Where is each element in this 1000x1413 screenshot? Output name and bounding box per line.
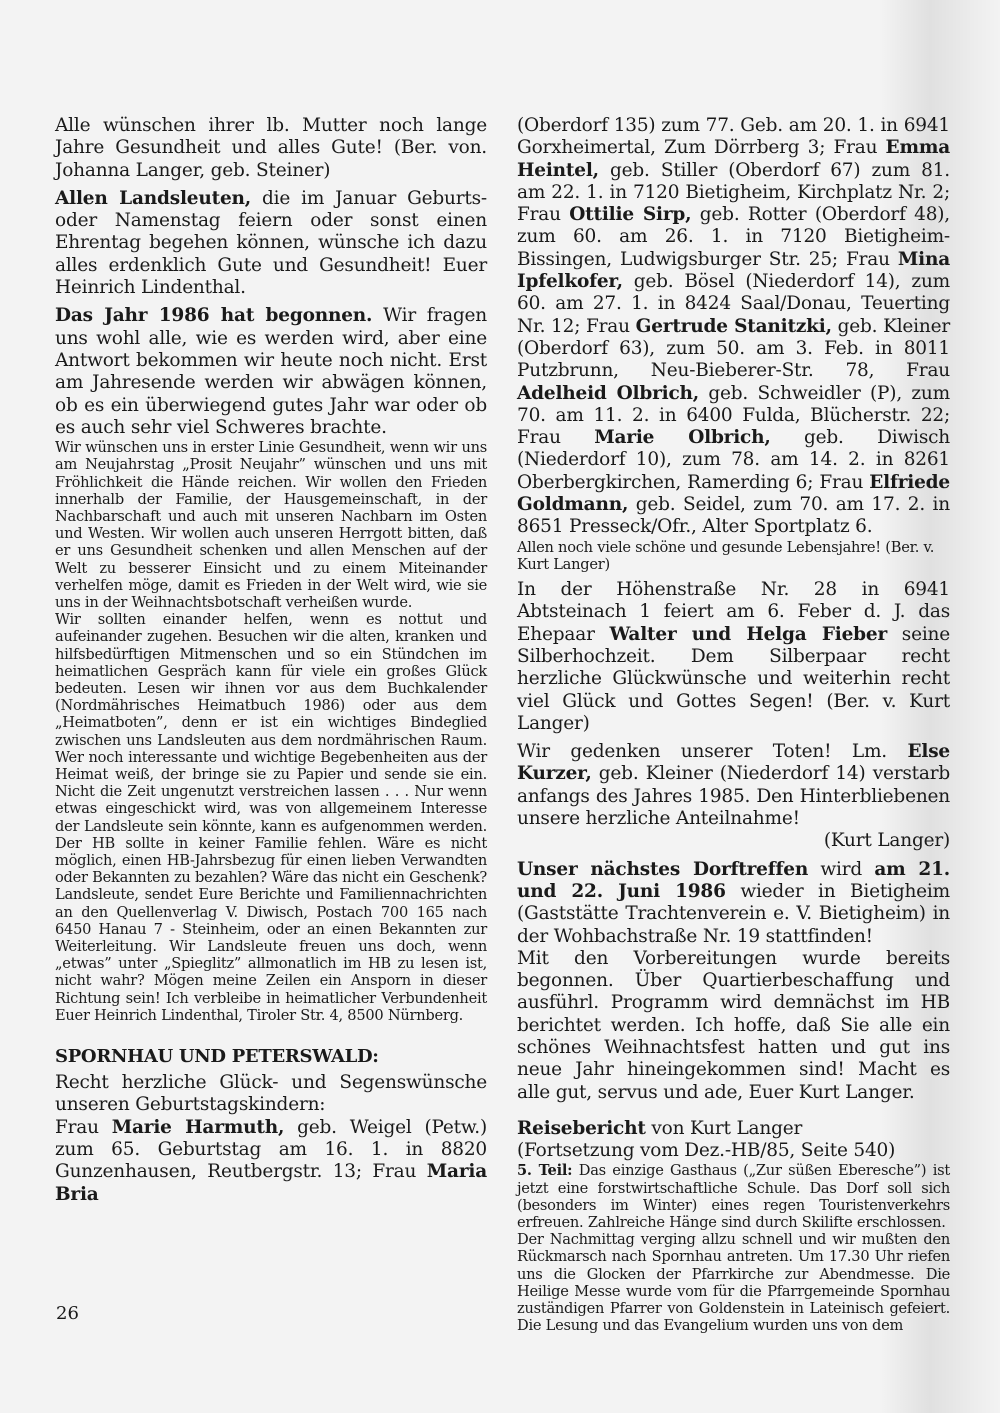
paragraph-part-5: 5. Teil: Das einzige Gasthaus („Zur süße…: [517, 1162, 950, 1231]
paragraph-help-each-other: Wir sollten einander helfen, wenn es not…: [55, 611, 487, 1024]
paragraph-mother-wishes: Alle wünschen ihrer lb. Mutter noch lang…: [55, 115, 487, 182]
page-number: 26: [56, 1303, 79, 1324]
bold-lead: Allen Landsleuten,: [55, 188, 251, 209]
bold-lead: Das Jahr 1986 hat begonnen.: [55, 305, 372, 326]
paragraph-obituary: Wir gedenken unserer Toten! Lm. Else Kur…: [517, 741, 950, 830]
right-column: (Oberdorf 135) zum 77. Geb. am 20. 1. in…: [517, 115, 950, 1335]
paragraph-birthday-list-start: Frau Marie Harmuth, geb. Weigel (Petw.) …: [55, 1117, 487, 1206]
travel-report-subtitle: (Fortsetzung vom Dez.-HB/85, Seite 540): [517, 1140, 950, 1162]
paragraph-life-wishes: Allen noch viele schöne und gesunde Lebe…: [517, 539, 950, 573]
paragraph-preparations: Mit den Vorbereitungen wurde bereits beg…: [517, 948, 950, 1104]
paragraph-new-year-wishes: Wir wünschen uns in erster Linie Gesundh…: [55, 439, 487, 611]
paragraph-silver-wedding: In der Höhenstraße Nr. 28 in 6941 Abtste…: [517, 579, 950, 735]
newspaper-page: Alle wünschen ihrer lb. Mutter noch lang…: [0, 0, 1000, 1413]
paragraph-birthday-intro: Recht herzliche Glück- und Segenswünsche…: [55, 1072, 487, 1117]
paragraph-year-1986: Das Jahr 1986 hat begonnen. Wir fragen u…: [55, 305, 487, 439]
paragraph-village-meeting: Unser nächstes Dorftreffen wird am 21. u…: [517, 859, 950, 948]
paragraph-landsleute-greetings: Allen Landsleuten, die im Januar Geburts…: [55, 188, 487, 299]
paragraph-birthday-list-continued: (Oberdorf 135) zum 77. Geb. am 20. 1. in…: [517, 115, 950, 539]
paragraph-afternoon: Der Nachmittag verging allzu schnell und…: [517, 1231, 950, 1334]
obituary-signature: (Kurt Langer): [517, 830, 950, 852]
travel-report-title: Reisebericht von Kurt Langer: [517, 1118, 950, 1140]
left-column: Alle wünschen ihrer lb. Mutter noch lang…: [55, 115, 487, 1206]
section-heading-spornhau: SPORNHAU UND PETERSWALD:: [55, 1046, 487, 1068]
